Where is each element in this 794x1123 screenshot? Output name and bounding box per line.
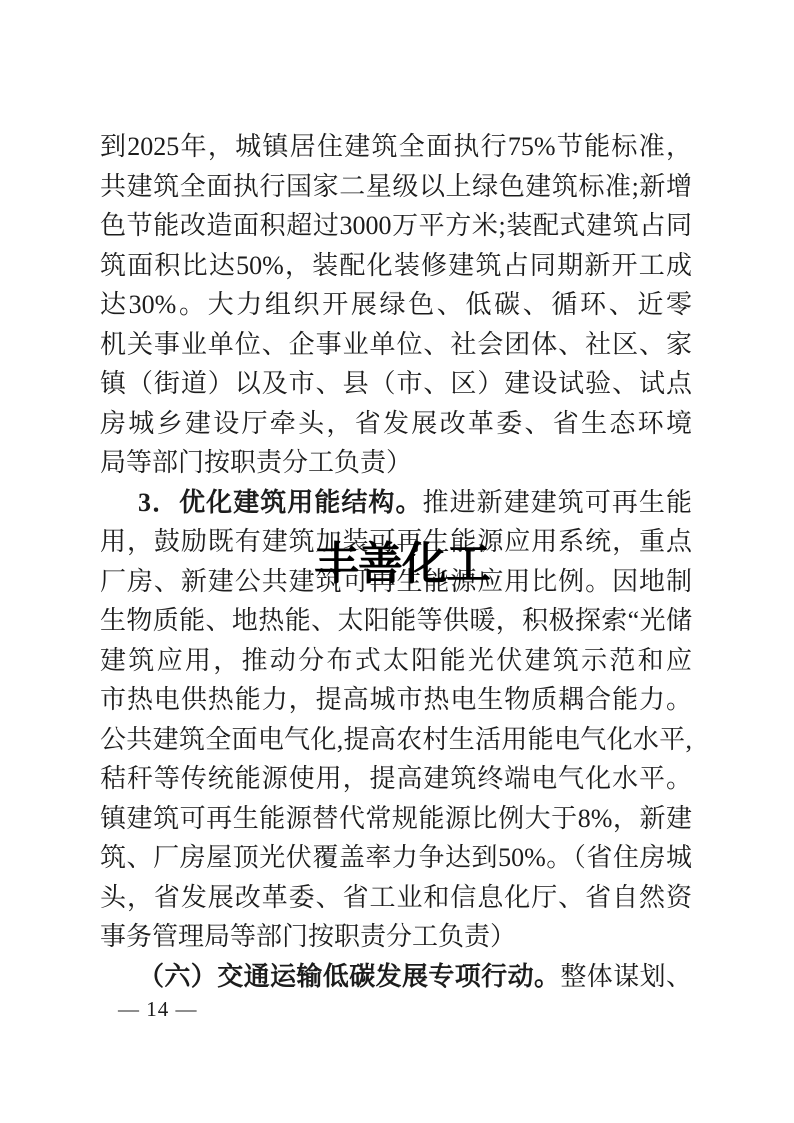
text-segment: 镇（街道）以及市、县（市、区）建设试验、试点行动。（省住 bbox=[100, 369, 692, 404]
text-segment: 生物质能、地热能、太阳能等供暖，积极探索“光储直柔”技术 bbox=[100, 606, 692, 641]
text-line: 市热电供热能力，提高城市热电生物质耦合能力。推动开展新建 bbox=[100, 680, 692, 720]
text-segment: 机关事业单位、企事业单位、社会团体、社区、家庭、园区、乡 bbox=[100, 330, 692, 365]
text-line: 秸秆等传统能源使用，提高建筑终端电气化水平。到2025年，城 bbox=[100, 759, 692, 799]
text-segment: 公共建筑全面电气化,提高农村生活用能电气化水平,减少煤炭、 bbox=[100, 725, 692, 760]
text-segment: 色节能改造面积超过3000万平方米;装配式建筑占同期新开工建 bbox=[100, 211, 692, 246]
text-line: 筑、厂房屋顶光伏覆盖率力争达到50%。（省住房城乡建设厅牵 bbox=[100, 838, 692, 878]
text-line: 公共建筑全面电气化,提高农村生活用能电气化水平,减少煤炭、 bbox=[100, 720, 692, 760]
text-line: 达30%。大力组织开展绿色、低碳、循环、近零碳、零碳、负碳 bbox=[100, 285, 692, 325]
text-line: 3．优化建筑用能结构。推进新建建筑可再生能源一体化应 bbox=[100, 483, 692, 523]
document-page: 到2025年，城镇居住建筑全面执行75%节能标准，政府投资的公共建筑全面执行国家… bbox=[0, 0, 794, 1123]
text-line: 建筑应用，推动分布式太阳能光伏建筑示范和应用。充分发挥城 bbox=[100, 641, 692, 681]
text-segment: 建筑应用，推动分布式太阳能光伏建筑示范和应用。充分发挥城 bbox=[100, 646, 692, 681]
text-line: 机关事业单位、企事业单位、社会团体、社区、家庭、园区、乡 bbox=[100, 325, 692, 365]
text-segment: 到2025年，城镇居住建筑全面执行75%节能标准，政府投资的公 bbox=[100, 132, 692, 167]
text-line: 镇建筑可再生能源替代常规能源比例大于8%，新建公共机构建 bbox=[100, 799, 692, 839]
heading-segment: 3．优化建筑用能结构。 bbox=[138, 488, 423, 517]
page-number: — 14 — bbox=[118, 996, 198, 1022]
text-segment: 市热电供热能力，提高城市热电生物质耦合能力。推动开展新建 bbox=[100, 685, 692, 720]
watermark: 丰善化工 bbox=[314, 541, 490, 586]
text-line: 共建筑全面执行国家二星级以上绿色建筑标准;新增既有建筑绿 bbox=[100, 167, 692, 207]
text-line: 到2025年，城镇居住建筑全面执行75%节能标准，政府投资的公 bbox=[100, 127, 692, 167]
text-segment: 局等部门按职责分工负责） bbox=[100, 448, 412, 477]
text-segment: 镇建筑可再生能源替代常规能源比例大于8%，新建公共机构建 bbox=[100, 804, 692, 839]
text-segment: 事务管理局等部门按职责分工负责） bbox=[100, 922, 516, 951]
text-segment: 达30%。大力组织开展绿色、低碳、循环、近零碳、零碳、负碳 bbox=[100, 290, 692, 325]
text-segment: 秸秆等传统能源使用，提高建筑终端电气化水平。到2025年，城 bbox=[100, 764, 692, 799]
heading-segment: （六）交通运输低碳发展专项行动。 bbox=[138, 962, 560, 991]
text-line: 筑面积比达50%，装配化装修建筑占同期新开工成品住房面积比 bbox=[100, 246, 692, 286]
text-line: 头，省发展改革委、省工业和信息化厅、省自然资源厅、省机关 bbox=[100, 878, 692, 918]
text-segment: 头，省发展改革委、省工业和信息化厅、省自然资源厅、省机关 bbox=[100, 883, 692, 918]
text-segment: 筑面积比达50%，装配化装修建筑占同期新开工成品住房面积比 bbox=[100, 251, 692, 286]
text-line: （六）交通运输低碳发展专项行动。整体谋划、系统推进绿 bbox=[100, 957, 692, 997]
text-line: 房城乡建设厅牵头，省发展改革委、省生态环境厅、省机关管理 bbox=[100, 404, 692, 444]
text-line: 镇（街道）以及市、县（市、区）建设试验、试点行动。（省住 bbox=[100, 364, 692, 404]
text-line: 生物质能、地热能、太阳能等供暖，积极探索“光储直柔”技术 bbox=[100, 601, 692, 641]
text-line: 事务管理局等部门按职责分工负责） bbox=[100, 917, 692, 957]
text-segment: 共建筑全面执行国家二星级以上绿色建筑标准;新增既有建筑绿 bbox=[100, 172, 692, 207]
text-line: 色节能改造面积超过3000万平方米;装配式建筑占同期新开工建 bbox=[100, 206, 692, 246]
text-segment: 房城乡建设厅牵头，省发展改革委、省生态环境厅、省机关管理 bbox=[100, 409, 692, 444]
text-segment: 筑、厂房屋顶光伏覆盖率力争达到50%。（省住房城乡建设厅牵 bbox=[100, 843, 692, 878]
text-line: 局等部门按职责分工负责） bbox=[100, 443, 692, 483]
